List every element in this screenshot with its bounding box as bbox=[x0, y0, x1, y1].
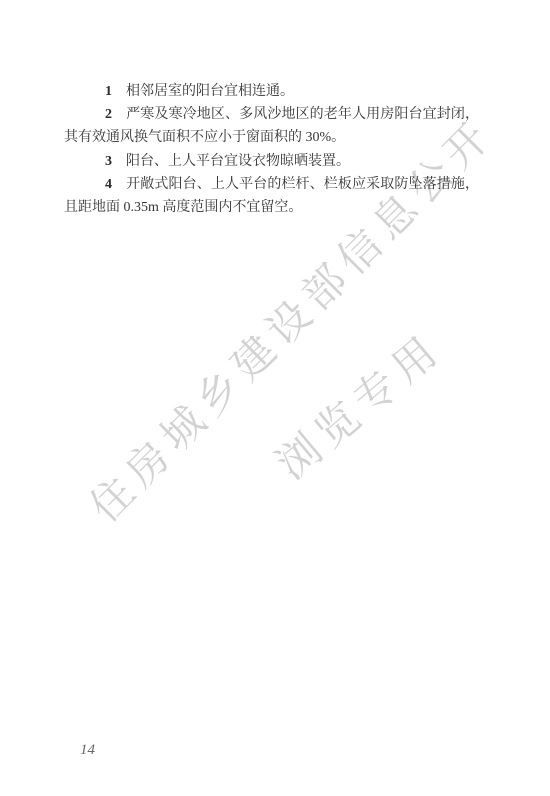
page-number: 14 bbox=[80, 742, 95, 759]
clause-text: 相邻居室的阳台宜相连通。 bbox=[126, 84, 294, 99]
clause-text: 严寒及寒冷地区、多风沙地区的老年人用房阳台宜封闭，其有效通风换气面积不应小于窗面… bbox=[64, 107, 479, 145]
clause-text: 开敞式阳台、上人平台的栏杆、栏板应采取防坠落措施，且距地面 0.35m 高度范围… bbox=[64, 177, 479, 215]
document-page: 住房城乡建设部信息公开 浏览专用 1相邻居室的阳台宜相连通。 2严寒及寒冷地区、… bbox=[0, 0, 550, 796]
clause-number: 2 bbox=[105, 107, 112, 122]
clause-item-1: 1相邻居室的阳台宜相连通。 bbox=[64, 80, 479, 103]
clause-list: 1相邻居室的阳台宜相连通。 2严寒及寒冷地区、多风沙地区的老年人用房阳台宜封闭，… bbox=[64, 80, 479, 219]
clause-item-4: 4开敞式阳台、上人平台的栏杆、栏板应采取防坠落措施，且距地面 0.35m 高度范… bbox=[64, 173, 479, 219]
clause-number: 4 bbox=[105, 177, 112, 192]
clause-number: 1 bbox=[105, 84, 112, 99]
clause-item-2: 2严寒及寒冷地区、多风沙地区的老年人用房阳台宜封闭，其有效通风换气面积不应小于窗… bbox=[64, 103, 479, 149]
watermark-browse-only-text: 浏览专用 bbox=[262, 317, 454, 492]
clause-number: 3 bbox=[105, 154, 112, 169]
clause-item-3: 3阳台、上人平台宜设衣物晾晒装置。 bbox=[64, 150, 479, 173]
clause-text: 阳台、上人平台宜设衣物晾晒装置。 bbox=[126, 154, 350, 169]
